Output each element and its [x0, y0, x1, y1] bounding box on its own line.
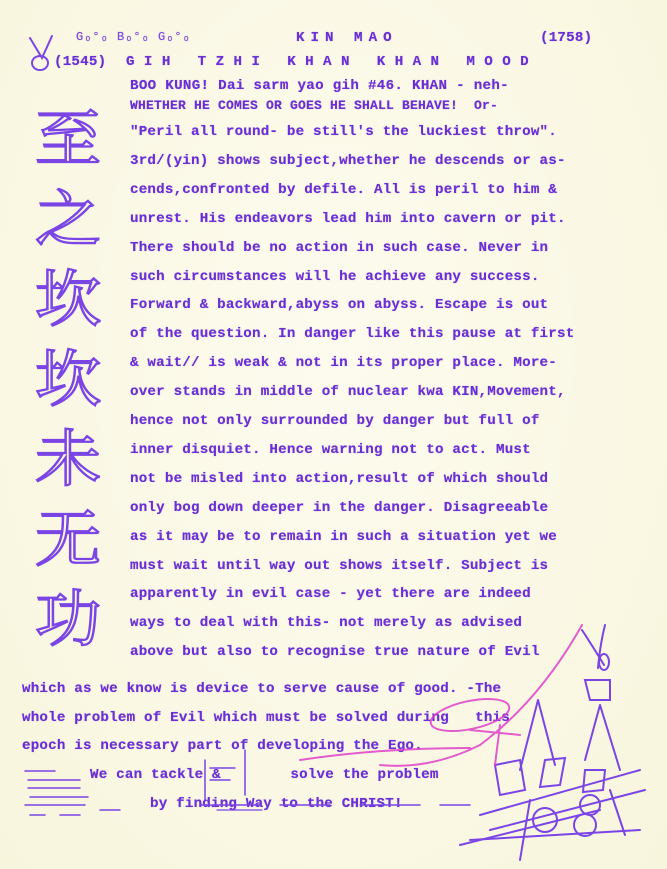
handwritten-annotations: [0, 0, 667, 869]
paper-page: Gₒ°ₒ Bₒ°ₒ Gₒ°ₒ KIN MAO (1758) (1545) GIH…: [0, 0, 667, 869]
